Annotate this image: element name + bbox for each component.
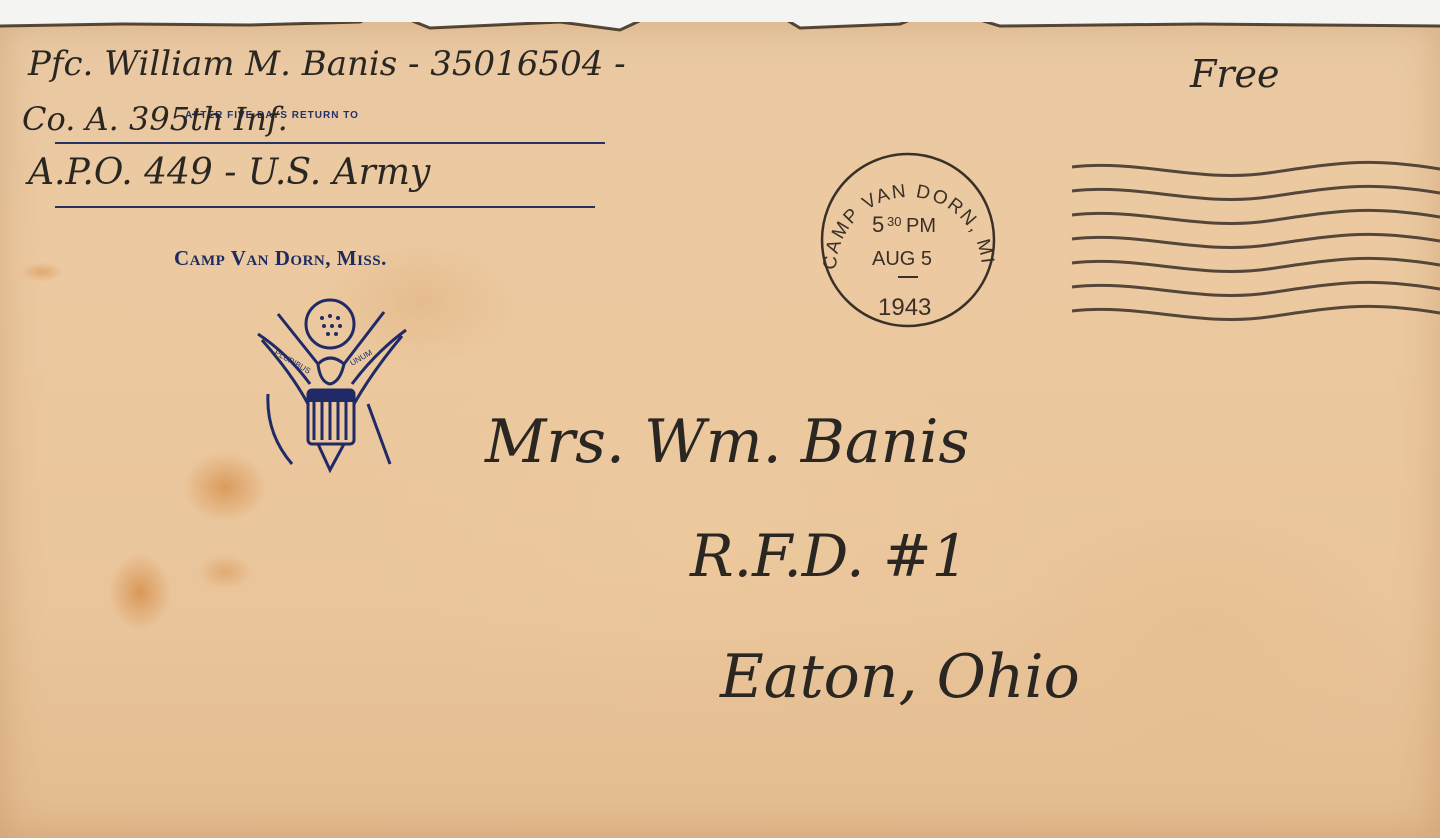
great-seal-eagle-icon: PLURIBUS UNUM bbox=[248, 294, 416, 478]
recipient-name: Mrs. Wm. Banis bbox=[485, 407, 969, 477]
wavy-cancel-lines-icon bbox=[1068, 157, 1440, 337]
return-line-1: Pfc. William M. Banis - 35016504 - bbox=[28, 44, 626, 84]
return-line-2: Co. A. 395th Inf. bbox=[22, 100, 288, 138]
postmark-minutes: 30 bbox=[887, 214, 901, 229]
franking-text: Free bbox=[1190, 52, 1280, 96]
camp-name: Camp Van Dorn, Miss. bbox=[174, 246, 387, 271]
postmark-ampm: PM bbox=[906, 215, 936, 237]
recipient-route: R.F.D. #1 bbox=[690, 522, 969, 590]
recipient-city-state: Eaton, Ohio bbox=[720, 642, 1080, 712]
return-rule-1 bbox=[55, 142, 605, 144]
return-rule-2 bbox=[55, 206, 595, 208]
return-line-3: A.P.O. 449 - U.S. Army bbox=[28, 152, 430, 193]
envelope: AFTER FIVE DAYS RETURN TO Pfc. William M… bbox=[0, 22, 1440, 838]
postmark-icon: CAMP VAN DORN, MISS. 5 30 PM AUG 5 1943 bbox=[814, 150, 1002, 332]
postmark-hour: 5 bbox=[872, 212, 884, 237]
postmark-year: 1943 bbox=[878, 294, 931, 321]
postmark-date: AUG 5 bbox=[872, 248, 932, 270]
